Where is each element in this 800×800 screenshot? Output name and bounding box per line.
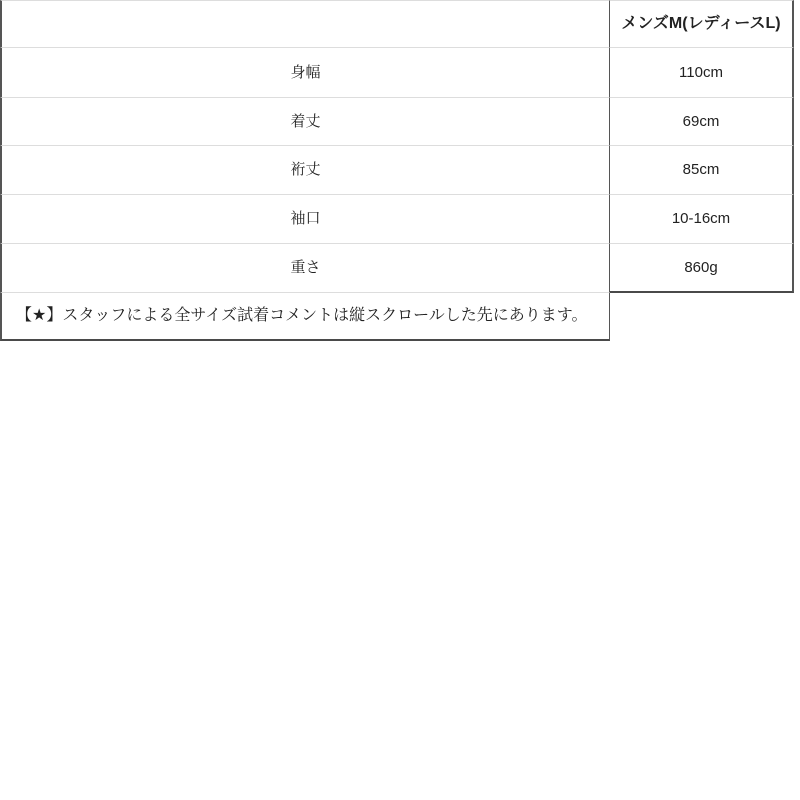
- measure-label-sleeve-length: 裄丈: [0, 146, 610, 195]
- measure-label-body-width: 身幅: [0, 48, 610, 98]
- fit-comment-note: 【★】スタッフによる全サイズ試着コメントは縦スクロールした先にあります。: [0, 293, 610, 341]
- measure-label-cuff: 袖口: [0, 195, 610, 244]
- measure-value-cuff: 10-16cm: [610, 195, 794, 244]
- measure-value-body-width: 110cm: [610, 48, 794, 98]
- measure-label-weight: 重さ: [0, 244, 610, 293]
- size-table: メンズM(レディースL) 身幅 110cm 着丈 69cm 裄丈 85cm 袖口…: [0, 0, 794, 341]
- measure-label-length: 着丈: [0, 98, 610, 146]
- measure-value-weight: 860g: [610, 244, 794, 293]
- size-table-header-empty-cell: [0, 0, 610, 48]
- page-canvas: メンズM(レディースL) 身幅 110cm 着丈 69cm 裄丈 85cm 袖口…: [0, 0, 800, 800]
- measure-value-sleeve-length: 85cm: [610, 146, 794, 195]
- size-table-header-size-cell: メンズM(レディースL): [610, 0, 794, 48]
- note-empty-spacer: [610, 293, 794, 341]
- measure-value-length: 69cm: [610, 98, 794, 146]
